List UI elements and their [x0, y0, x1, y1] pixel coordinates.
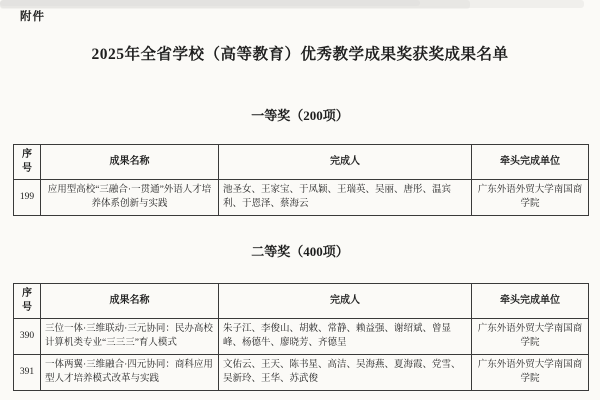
second-prize-table: 序号 成果名称 完成人 牵头完成单位 390 三位一体·三维联动·三元协同：民办…	[13, 283, 589, 391]
section-heading-second-prize: 二等奖（400项）	[0, 241, 600, 260]
scanned-document-page: 附件 2025年全省学校（高等教育）优秀教学成果奖获奖成果名单 一等奖（200项…	[0, 0, 600, 400]
cell-achievement-name: 应用型高校“三融合·一贯通”外语人才培养体系创新与实践	[41, 180, 219, 216]
cell-lead-org: 广东外语外贸大学南国商学院	[472, 319, 589, 355]
attachment-label: 附件	[20, 8, 45, 24]
cell-completers: 文佑云、王天、陈书星、高洁、吴海燕、夏海霞、党雪、吴新玲、王华、苏武俊	[219, 355, 472, 391]
cell-achievement-name: 一体两翼·三维融合·四元协同：商科应用型人才培养模式改革与实践	[41, 355, 219, 391]
table-row: 199 应用型高校“三融合·一贯通”外语人才培养体系创新与实践 池圣女、王家宝、…	[14, 180, 589, 216]
table-row: 391 一体两翼·三维融合·四元协同：商科应用型人才培养模式改革与实践 文佑云、…	[14, 355, 589, 391]
cell-completers: 朱子江、李俊山、胡敕、常静、赖益强、谢绍斌、曾显峰、杨德牛、廖晓芳、齐德呈	[219, 319, 472, 355]
table-row: 390 三位一体·三维联动·三元协同：民办高校计算机类专业“三三三”育人模式 朱…	[14, 319, 589, 355]
document-title: 2025年全省学校（高等教育）优秀教学成果奖获奖成果名单	[0, 42, 600, 64]
scan-artifact-streak	[0, 0, 470, 9]
scan-artifact-streak	[0, 0, 420, 6]
column-header-serial: 序号	[14, 284, 41, 319]
section-heading-first-prize: 一等奖（200项）	[0, 105, 600, 124]
cell-serial: 390	[14, 319, 41, 355]
column-header-serial: 序号	[14, 145, 41, 180]
column-header-achievement: 成果名称	[41, 284, 219, 319]
scan-artifact-streak	[0, 0, 584, 8]
column-header-achievement: 成果名称	[41, 145, 219, 180]
table-header-row: 序号 成果名称 完成人 牵头完成单位	[14, 145, 589, 180]
column-header-lead-org: 牵头完成单位	[472, 284, 589, 319]
cell-serial: 199	[14, 180, 41, 216]
cell-achievement-name: 三位一体·三维联动·三元协同：民办高校计算机类专业“三三三”育人模式	[41, 319, 219, 355]
table-header-row: 序号 成果名称 完成人 牵头完成单位	[14, 284, 589, 319]
cell-lead-org: 广东外语外贸大学南国商学院	[472, 180, 589, 216]
column-header-completers: 完成人	[219, 284, 472, 319]
cell-completers: 池圣女、王家宝、于凤颖、王瑞英、吴丽、唐彤、温宾利、于恩泽、蔡海云	[219, 180, 472, 216]
cell-lead-org: 广东外语外贸大学南国商学院	[472, 355, 589, 391]
first-prize-table: 序号 成果名称 完成人 牵头完成单位 199 应用型高校“三融合·一贯通”外语人…	[13, 144, 589, 216]
cell-serial: 391	[14, 355, 41, 391]
column-header-lead-org: 牵头完成单位	[472, 145, 589, 180]
column-header-completers: 完成人	[219, 145, 472, 180]
